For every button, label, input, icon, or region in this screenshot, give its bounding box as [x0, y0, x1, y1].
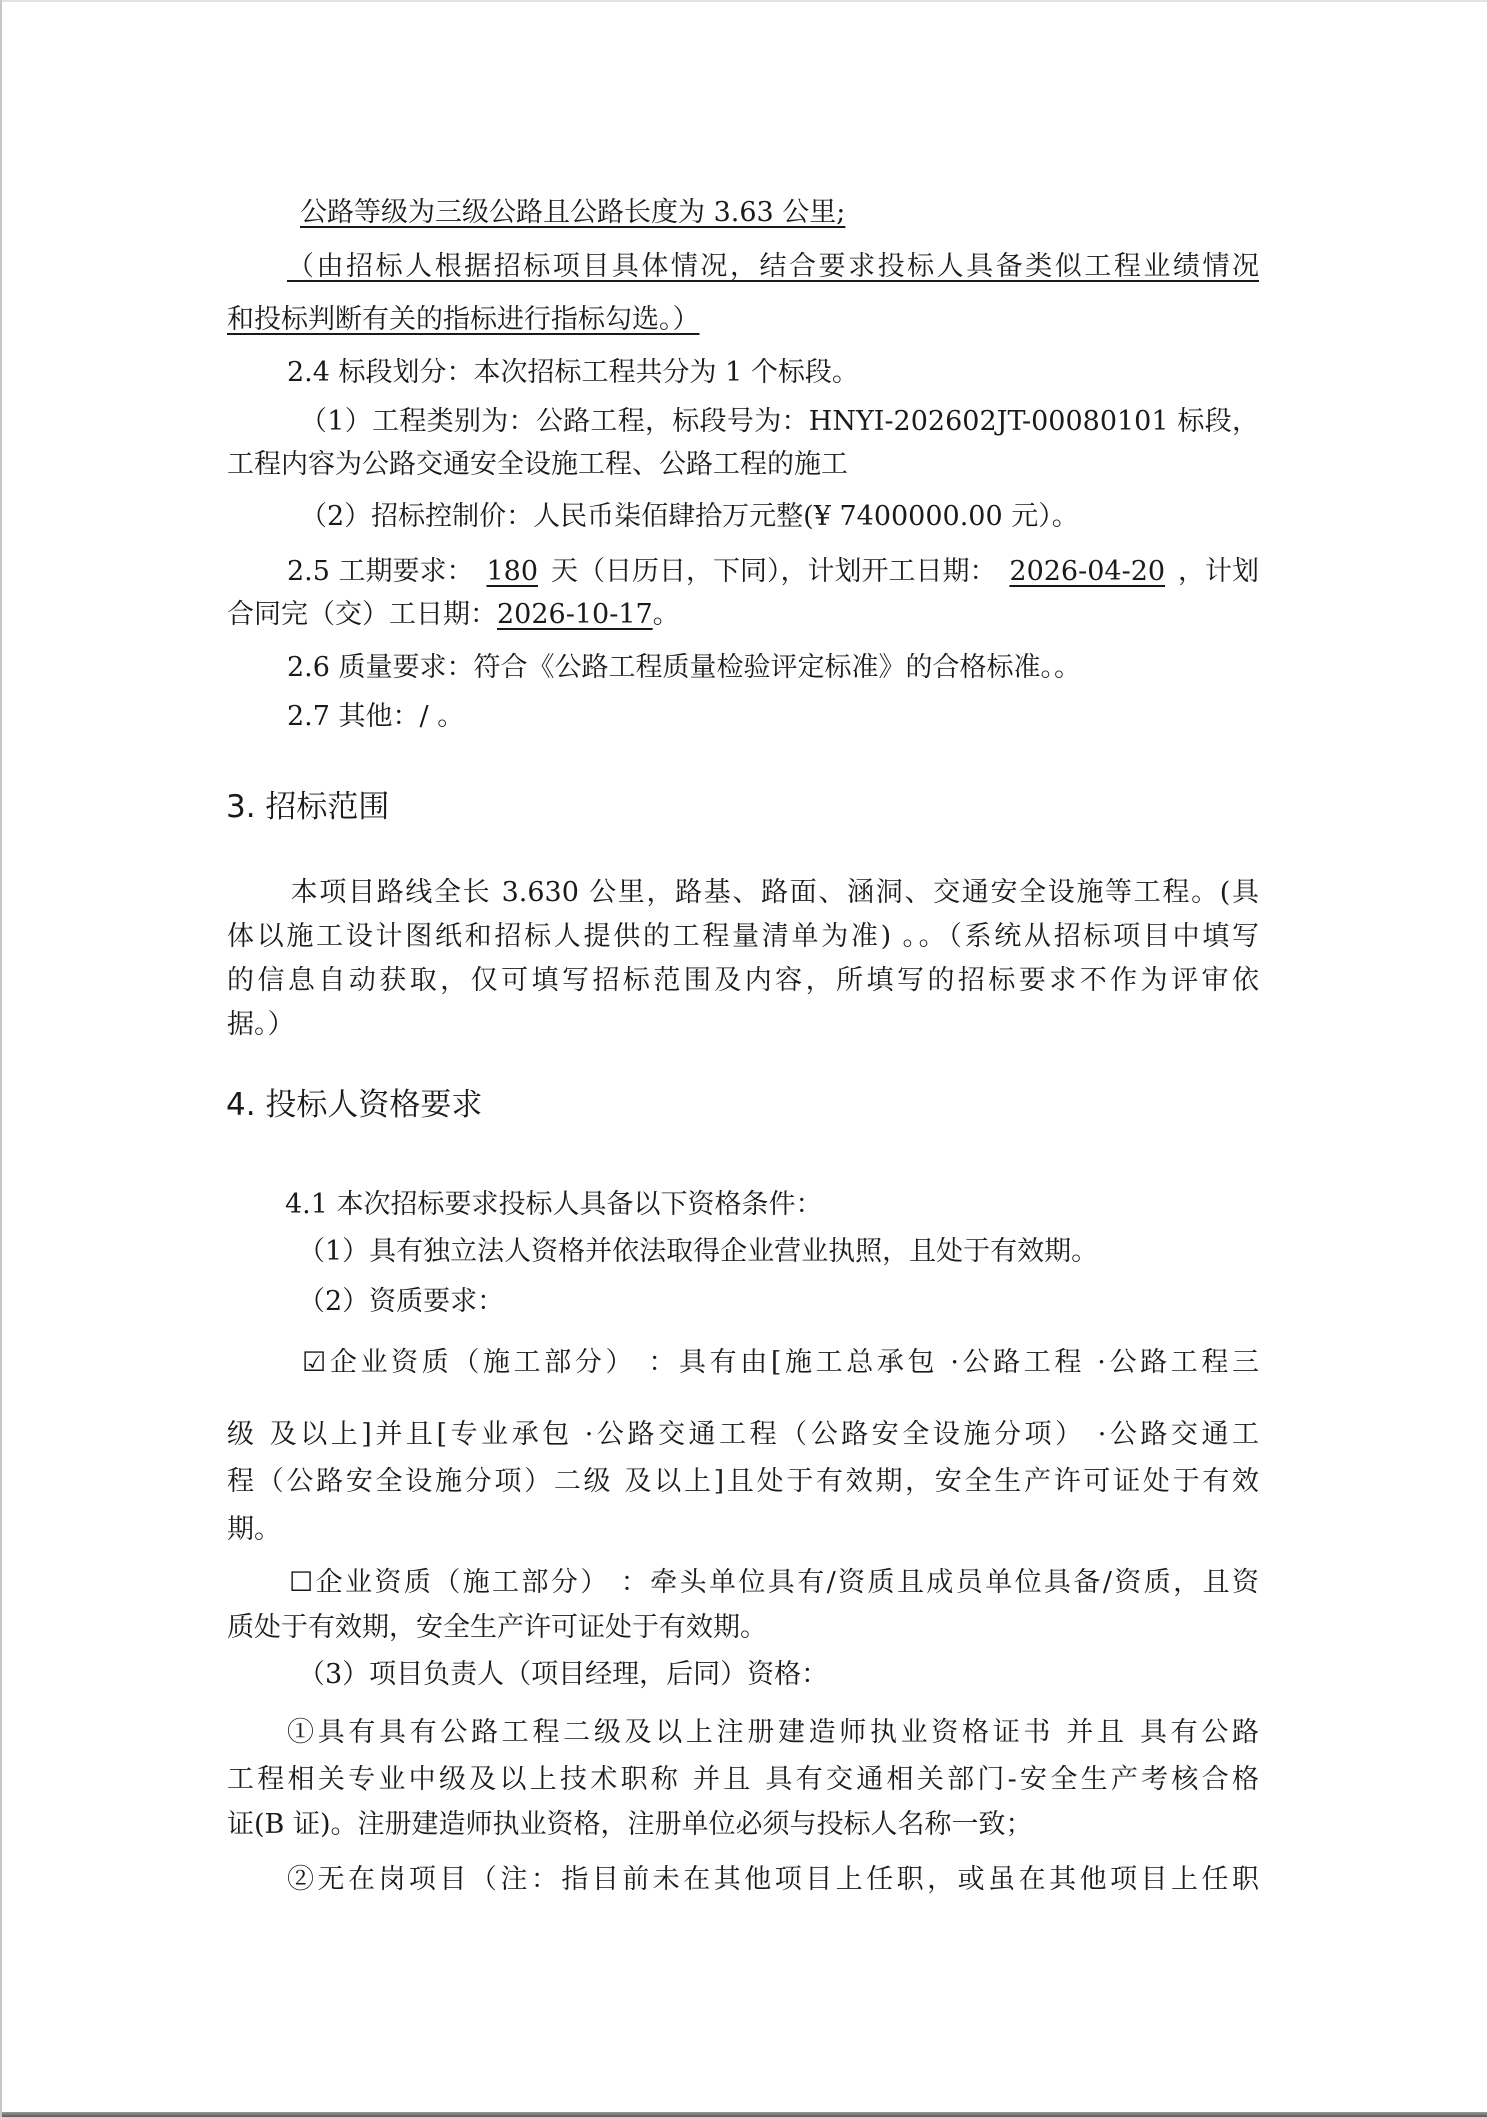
scope-para-line1-text: 本项目路线全长 3.630 公里，路基、路面、涵洞、交通安全设施等工程。(具 — [289, 877, 1259, 908]
scope-para-line1: 本项目路线全长 3.630 公里，路基、路面、涵洞、交通安全设施等工程。(具 — [227, 876, 1259, 910]
qualification-option-a-line1: ☑企业资质（施工部分） ：具有由[施工总承包 ·公路工程 ·公路工程三 — [302, 1346, 1259, 1380]
scanned-document-page: 公路等级为三级公路且公路长度为 3.63 公里; （由招标人根据招标项目具体情况… — [0, 0, 1487, 2117]
completion-label: 合同完（交）工日期： — [227, 599, 497, 630]
scope-para-line2: 体以施工设计图纸和招标人提供的工程量清单为准) 。。（系统从招标项目中填写 — [227, 920, 1259, 954]
requirement-1-license: （1）具有独立法人资格并依法取得企业营业执照，且处于有效期。 — [298, 1235, 1098, 1269]
pm-requirement-1-line1: ①具有具有公路工程二级及以上注册建造师执业资格证书 并且 具有公路 — [287, 1716, 1259, 1750]
item-2-5-line2: 合同完（交）工日期：2026-10-17。 — [227, 598, 680, 632]
duration-label: 2.5 工期要求： — [287, 555, 474, 589]
item-2-4: 2.4 标段划分：本次招标工程共分为 1 个标段。 — [287, 356, 859, 390]
qualification-option-a-line4: 期。 — [227, 1513, 281, 1547]
option-a-text: 企业资质（施工部分） ：具有由[施工总承包 ·公路工程 ·公路工程三 — [326, 1347, 1259, 1378]
note-line-1: （由招标人根据招标项目具体情况，结合要求投标人具备类似工程业绩情况 — [287, 250, 1259, 284]
duration-suffix: ，计划 — [1178, 555, 1259, 589]
item-2-4-1-line1: （1）工程类别为：公路工程，标段号为：HNYI-202602JT-0008010… — [300, 405, 1259, 439]
qualification-option-b-line2: 质处于有效期，安全生产许可证处于有效期。 — [227, 1611, 767, 1645]
checkbox-unchecked-icon[interactable]: ☐ — [289, 1567, 313, 1598]
note-line-2: 和投标判断有关的指标进行指标勾选。） — [227, 303, 700, 337]
requirement-2-qualification: （2）资质要求： — [298, 1285, 504, 1319]
circled-number-2-icon: ② — [287, 1864, 317, 1895]
item-2-6-quality: 2.6 质量要求：符合《公路工程质量检验评定标准》的合格标准。。 — [287, 651, 1081, 685]
qualification-option-a-line2: 级 及以上]并且[专业承包 ·公路交通工程（公路安全设施分项） ·公路交通工 — [227, 1418, 1259, 1452]
pm-requirement-1-line2: 工程相关专业中级及以上技术职称 并且 具有交通相关部门-安全生产考核合格 — [227, 1763, 1259, 1797]
qualification-option-a-line3: 程（公路安全设施分项）二级 及以上]且处于有效期，安全生产许可证处于有效 — [227, 1465, 1259, 1499]
requirement-3-project-manager: （3）项目负责人（项目经理，后同）资格： — [298, 1658, 828, 1692]
scan-edge-bottom — [2, 2112, 1487, 2117]
road-grade-line: 公路等级为三级公路且公路长度为 3.63 公里; — [300, 196, 845, 230]
item-2-4-2-control-price: （2）招标控制价：人民币柒佰肆拾万元整(¥ 7400000.00 元）。 — [300, 500, 1079, 534]
duration-mid: 天（日历日，下同），计划开工日期： — [551, 555, 997, 589]
pm-req-1-text: 具有具有公路工程二级及以上注册建造师执业资格证书 并且 具有公路 — [318, 1717, 1259, 1748]
checkbox-checked-icon[interactable]: ☑ — [302, 1347, 326, 1378]
item-2-5-line1: 2.5 工期要求： 180 天（日历日，下同），计划开工日期： 2026-04-… — [287, 555, 1259, 589]
circled-number-1-icon: ① — [287, 1717, 318, 1748]
planned-completion-date: 2026-10-17 — [497, 599, 653, 630]
duration-days: 180 — [486, 555, 538, 589]
scope-para-line3: 的信息自动获取，仅可填写招标范围及内容，所填写的招标要求不作为评审依 — [227, 964, 1259, 998]
completion-suffix: 。 — [653, 599, 680, 630]
pm-req-2-text: 无在岗项目（注：指目前未在其他项目上任职，或虽在其他项目上任职 — [317, 1864, 1259, 1895]
scan-edge-top — [2, 0, 1487, 2]
planned-start-date: 2026-04-20 — [1009, 555, 1165, 589]
item-4-1: 4.1 本次招标要求投标人具备以下资格条件： — [285, 1188, 823, 1222]
scope-para-line4: 据。） — [227, 1008, 295, 1042]
item-2-7-other: 2.7 其他：/ 。 — [287, 700, 464, 734]
option-b-text: 企业资质（施工部分） ：牵头单位具有/资质且成员单位具备/资质，且资 — [313, 1567, 1259, 1598]
pm-requirement-2-line1: ②无在岗项目（注：指目前未在其他项目上任职，或虽在其他项目上任职 — [287, 1863, 1259, 1897]
pm-requirement-1-line3: 证(B 证)。注册建造师执业资格，注册单位必须与投标人名称一致； — [227, 1808, 1033, 1842]
qualification-option-b-line1: ☐企业资质（施工部分） ：牵头单位具有/资质且成员单位具备/资质，且资 — [289, 1566, 1259, 1600]
section-3-heading: 3. 招标范围 — [226, 787, 389, 827]
section-4-heading: 4. 投标人资格要求 — [226, 1085, 482, 1125]
item-2-4-1-line2: 工程内容为公路交通安全设施工程、公路工程的施工 — [227, 448, 848, 482]
